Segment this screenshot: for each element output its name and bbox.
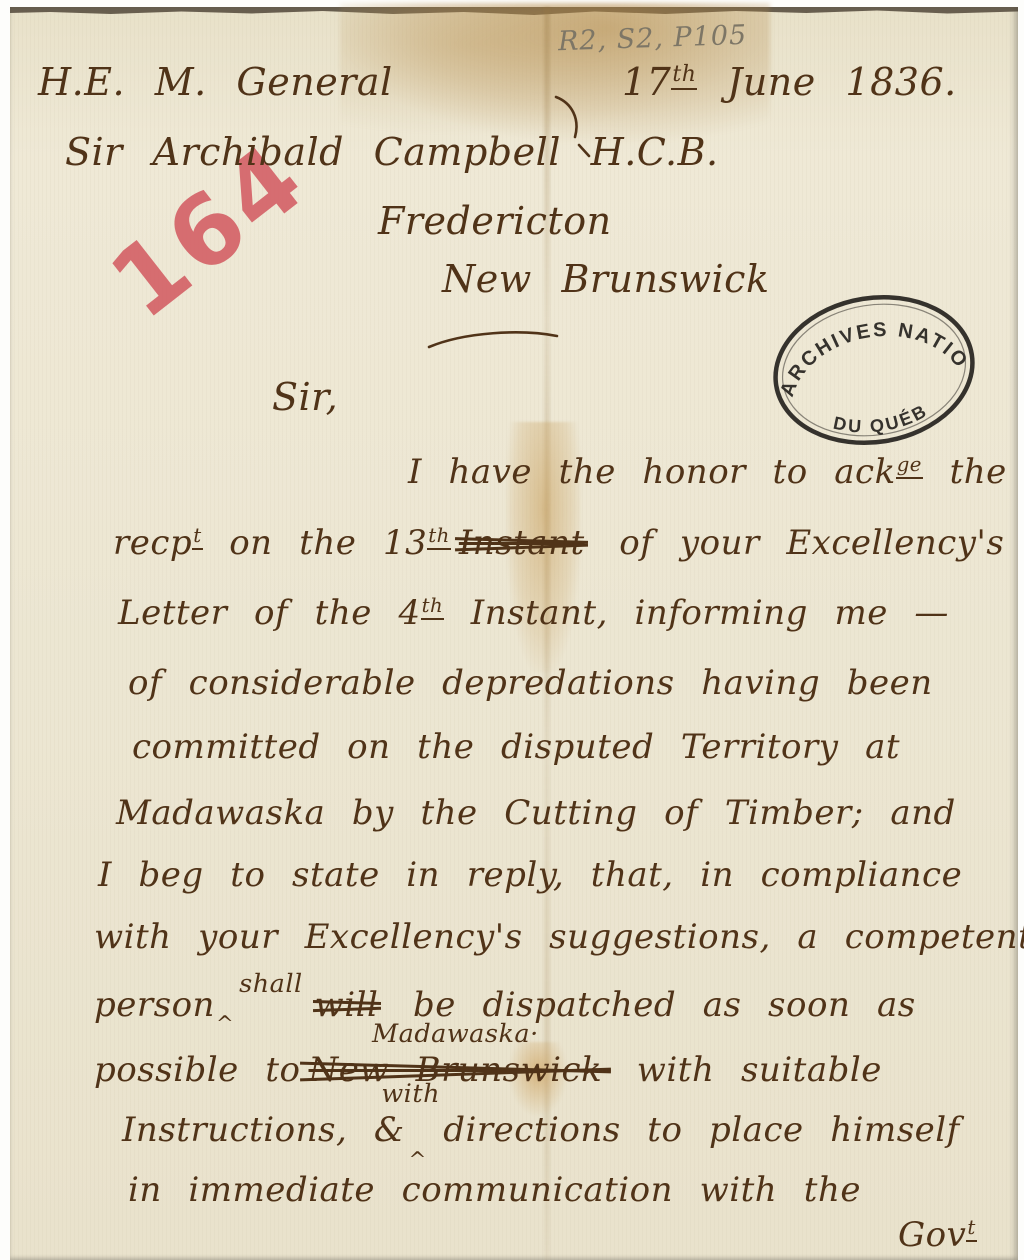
recipient-line: Sir Archibald Campbell H.C.B. (65, 132, 719, 174)
body-line-4: of considerable depredations having been (128, 665, 933, 702)
superscript: ge (896, 453, 923, 479)
text: of your Excellency's (593, 523, 1005, 563)
struck-word: will (315, 987, 379, 1024)
letter-page: R2, S2, P105 164 H.E. M. General 17th Ju… (10, 7, 1018, 1260)
body-line-8: with your Excellency's suggestions, a co… (94, 919, 1024, 956)
place-fredericton: Fredericton (378, 201, 612, 243)
superscript: t (192, 524, 202, 550)
superscript: th (427, 524, 451, 550)
text: possible to (94, 1050, 301, 1090)
body-line-1: I have the honor to ackge the (408, 454, 1007, 491)
addressee-note: H.E. M. General (38, 62, 393, 104)
text: directions to place himself (417, 1110, 960, 1150)
text: Instant, informing me — (444, 593, 949, 633)
superscript: th (421, 594, 445, 620)
body-line-10: possible toMadawaska·New Brunswick with … (94, 1052, 882, 1089)
body-line-2: recpt on the 13thInstant of your Excelle… (113, 525, 1004, 562)
text: person (94, 985, 215, 1025)
body-line-11: Instructions, &with^ directions to place… (122, 1112, 960, 1149)
inserted-word: with (381, 1080, 440, 1108)
separator-dash (425, 327, 565, 355)
inserted-word: Madawaska· (372, 1020, 539, 1048)
catchword: Govt (898, 1217, 977, 1254)
inserted-word: shall (239, 969, 303, 999)
superscript: t (966, 1216, 976, 1242)
text: Letter of the 4 (118, 593, 421, 633)
text: Instructions, & (122, 1110, 405, 1150)
body-line-3: Letter of the 4th Instant, informing me … (118, 595, 949, 632)
body-line-5: committed on the disputed Territory at (132, 729, 900, 766)
struck-phrase: New Brunswick (309, 1052, 603, 1089)
body-line-7: I beg to state in reply, that, in compli… (98, 857, 962, 894)
archival-reference-pencil: R2, S2, P105 (558, 20, 748, 58)
archives-stamp: ARCHIVES NATIONALES DU QUÉBEC (755, 273, 994, 467)
text: on the 13 (203, 523, 428, 563)
date-day: 17 (622, 60, 671, 104)
date-ordinal: th (671, 62, 697, 90)
insertion-caret: ^ (409, 1148, 427, 1171)
text: I have the honor to ack (408, 452, 896, 492)
text: the (923, 452, 1007, 492)
place-new-brunswick: New Brunswick (442, 259, 769, 301)
scanned-letter: R2, S2, P105 164 H.E. M. General 17th Ju… (0, 0, 1024, 1260)
text: with suitable (610, 1050, 882, 1090)
insertion-caret: ^ (216, 1011, 234, 1036)
body-line-6: Madawaska by the Cutting of Timber; and (116, 795, 956, 832)
date-rest: June 1836. (697, 60, 956, 104)
paper-torn-edge (10, 7, 1018, 17)
struck-word: Instant (459, 525, 585, 562)
body-line-12: in immediate communication with the (128, 1172, 861, 1209)
date-line: 17th June 1836. (622, 62, 957, 104)
text: recp (113, 523, 192, 563)
text: Gov (898, 1215, 966, 1255)
salutation: Sir, (272, 377, 338, 419)
